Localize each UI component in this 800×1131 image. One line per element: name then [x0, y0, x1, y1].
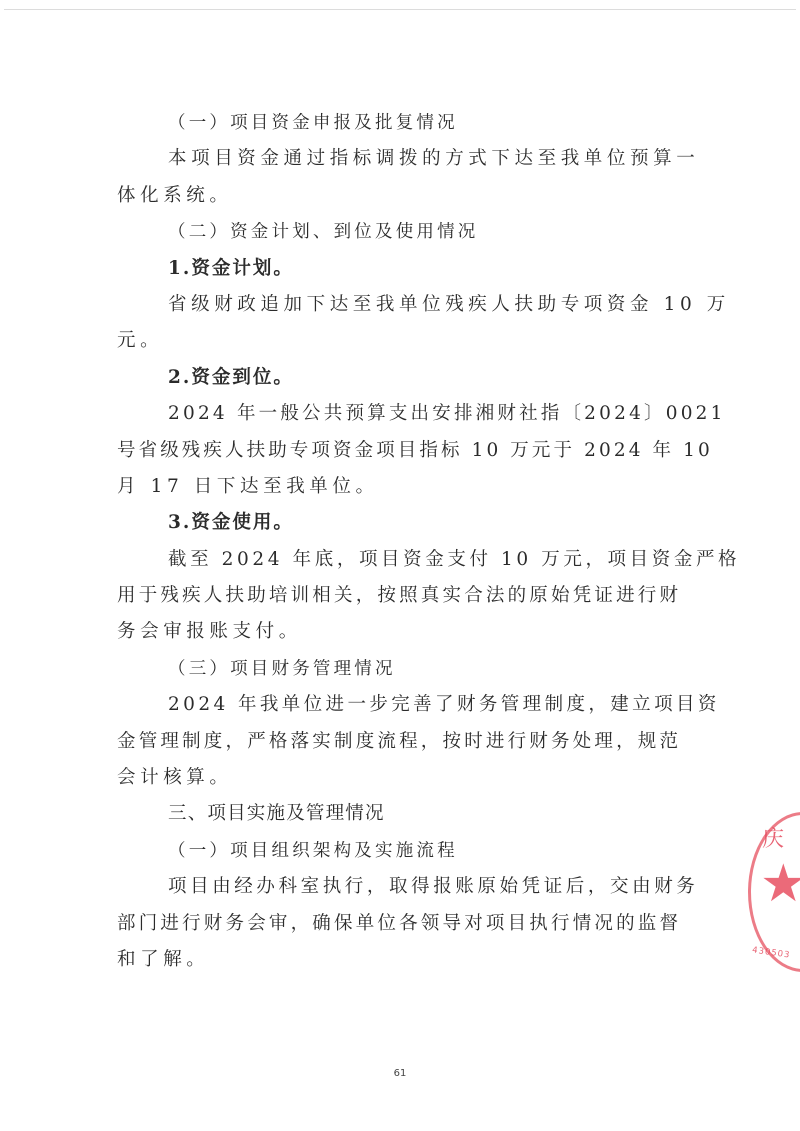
paragraph-line: 务会审报账支付。 — [117, 614, 693, 650]
paragraph-line: 省级财政追加下达至我单位残疾人扶助专项资金 10 万 — [117, 287, 693, 323]
paragraph-line: 部门进行财务会审，确保单位各领导对项目执行情况的监督 — [117, 906, 693, 942]
numbered-heading-funding-arrival: 2.资金到位。 — [117, 360, 693, 396]
numbered-heading-funding-plan: 1.资金计划。 — [117, 251, 693, 287]
section-heading-3-1: （一）项目组织架构及实施流程 — [117, 833, 693, 869]
seal-text: 庆 — [762, 822, 784, 853]
paragraph-line: 本项目资金通过指标调拨的方式下达至我单位预算一 — [117, 141, 693, 177]
paragraph-line: 截至 2024 年底，项目资金支付 10 万元，项目资金严格 — [117, 542, 693, 578]
section-heading-1-3: （三）项目财务管理情况 — [117, 651, 693, 687]
section-heading-1-2: （二）资金计划、到位及使用情况 — [117, 214, 693, 250]
chapter-heading-3: 三、项目实施及管理情况 — [117, 796, 693, 832]
section-heading-1-1: （一）项目资金申报及批复情况 — [117, 105, 693, 141]
document-body: （一）项目资金申报及批复情况 本项目资金通过指标调拨的方式下达至我单位预算一 体… — [117, 105, 693, 978]
seal-code: 430503 — [751, 945, 790, 960]
numbered-heading-funding-use: 3.资金使用。 — [117, 505, 693, 541]
paragraph-line: 金管理制度，严格落实制度流程，按时进行财务处理，规范 — [117, 724, 693, 760]
page-number: 61 — [0, 1068, 800, 1079]
seal-star-icon: ★ — [760, 858, 800, 910]
paragraph-line: 会计核算。 — [117, 760, 693, 796]
paragraph-line: 元。 — [117, 323, 693, 359]
paragraph-line: 月 17 日下达至我单位。 — [117, 469, 693, 505]
top-border-line — [4, 9, 796, 10]
paragraph-line: 2024 年一般公共预算支出安排湘财社指〔2024〕0021 — [117, 396, 693, 432]
paragraph-line: 用于残疾人扶助培训相关，按照真实合法的原始凭证进行财 — [117, 578, 693, 614]
paragraph-line: 体化系统。 — [117, 178, 693, 214]
paragraph-line: 2024 年我单位进一步完善了财务管理制度，建立项目资 — [117, 687, 693, 723]
paragraph-line: 和了解。 — [117, 942, 693, 978]
paragraph-line: 号省级残疾人扶助专项资金项目指标 10 万元于 2024 年 10 — [117, 433, 693, 469]
paragraph-line: 项目由经办科室执行，取得报账原始凭证后，交由财务 — [117, 869, 693, 905]
